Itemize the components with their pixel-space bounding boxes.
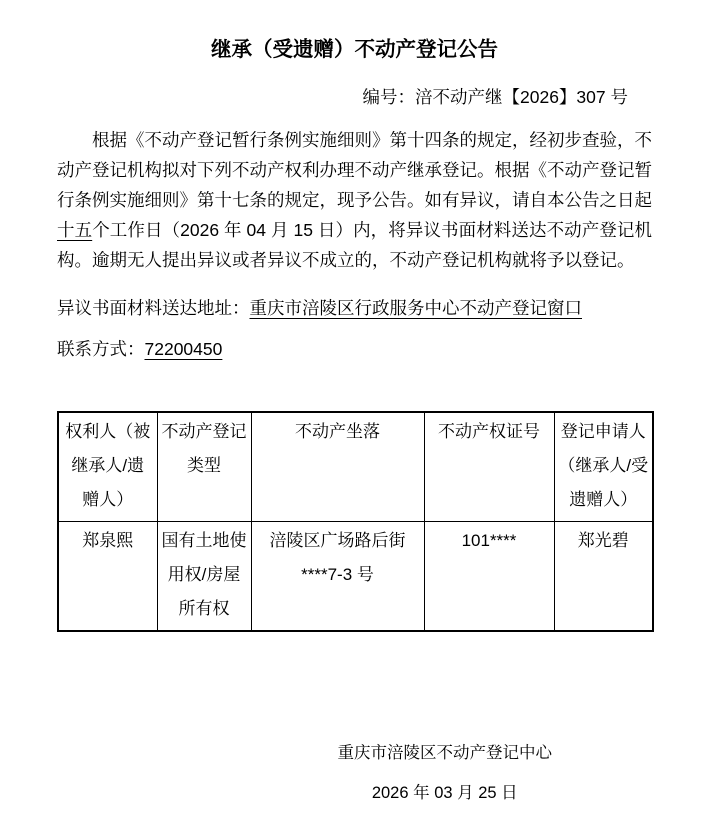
address-label: 异议书面材料送达地址： <box>57 298 250 318</box>
cell-registration-type: 国有土地使 用权/房屋 所有权 <box>157 521 251 631</box>
contact-line: 联系方式：72200450 <box>57 334 652 364</box>
issuer-name: 重庆市涪陵区不动产登记中心 <box>338 733 553 773</box>
cell-certificate-number: 101**** <box>424 521 554 631</box>
deadline-underline: 十五 <box>57 220 92 240</box>
doc-number: 编号：涪不动产继【2026】307 号 <box>57 82 652 112</box>
page-title: 继承（受遗赠）不动产登记公告 <box>57 35 652 65</box>
table-header-row: 权利人（被 继承人/遗 赠人） 不动产登记 类型 不动产坐落 不动产权证号 登记… <box>58 412 653 522</box>
issue-date: 2026 年 03 月 25 日 <box>338 773 553 813</box>
notice-page: 继承（受遗赠）不动产登记公告 编号：涪不动产继【2026】307 号 根据《不动… <box>0 35 709 813</box>
contact-label: 联系方式： <box>57 339 145 359</box>
header-cell-registration-type: 不动产登记 类型 <box>157 412 251 522</box>
registration-table: 权利人（被 继承人/遗 赠人） 不动产登记 类型 不动产坐落 不动产权证号 登记… <box>57 411 654 632</box>
address-line: 异议书面材料送达地址：重庆市涪陵区行政服务中心不动产登记窗口 <box>57 293 652 323</box>
cell-applicant: 郑光碧 <box>554 521 653 631</box>
contact-value: 72200450 <box>145 339 223 359</box>
header-cell-applicant: 登记申请人 （继承人/受 遗赠人） <box>554 412 653 522</box>
cell-location: 涪陵区广场路后街 ****7-3 号 <box>251 521 424 631</box>
address-value: 重庆市涪陵区行政服务中心不动产登记窗口 <box>250 298 583 318</box>
cell-right-holder: 郑泉熙 <box>58 521 157 631</box>
signature-block: 重庆市涪陵区不动产登记中心 2026 年 03 月 25 日 <box>338 733 553 813</box>
notice-paragraph: 根据《不动产登记暂行条例实施细则》第十四条的规定，经初步查验，不动产登记机构拟对… <box>57 125 652 275</box>
table-row: 郑泉熙 国有土地使 用权/房屋 所有权 涪陵区广场路后街 ****7-3 号 1… <box>58 521 653 631</box>
notice-text-before-deadline: 根据《不动产登记暂行条例实施细则》第十四条的规定，经初步查验，不动产登记机构拟对… <box>57 130 652 210</box>
header-cell-certificate-number: 不动产权证号 <box>424 412 554 522</box>
header-cell-right-holder: 权利人（被 继承人/遗 赠人） <box>58 412 157 522</box>
notice-text-after-deadline: 个工作日（2026 年 04 月 15 日）内，将异议书面材料送达不动产登记机构… <box>57 220 652 270</box>
header-cell-location: 不动产坐落 <box>251 412 424 522</box>
